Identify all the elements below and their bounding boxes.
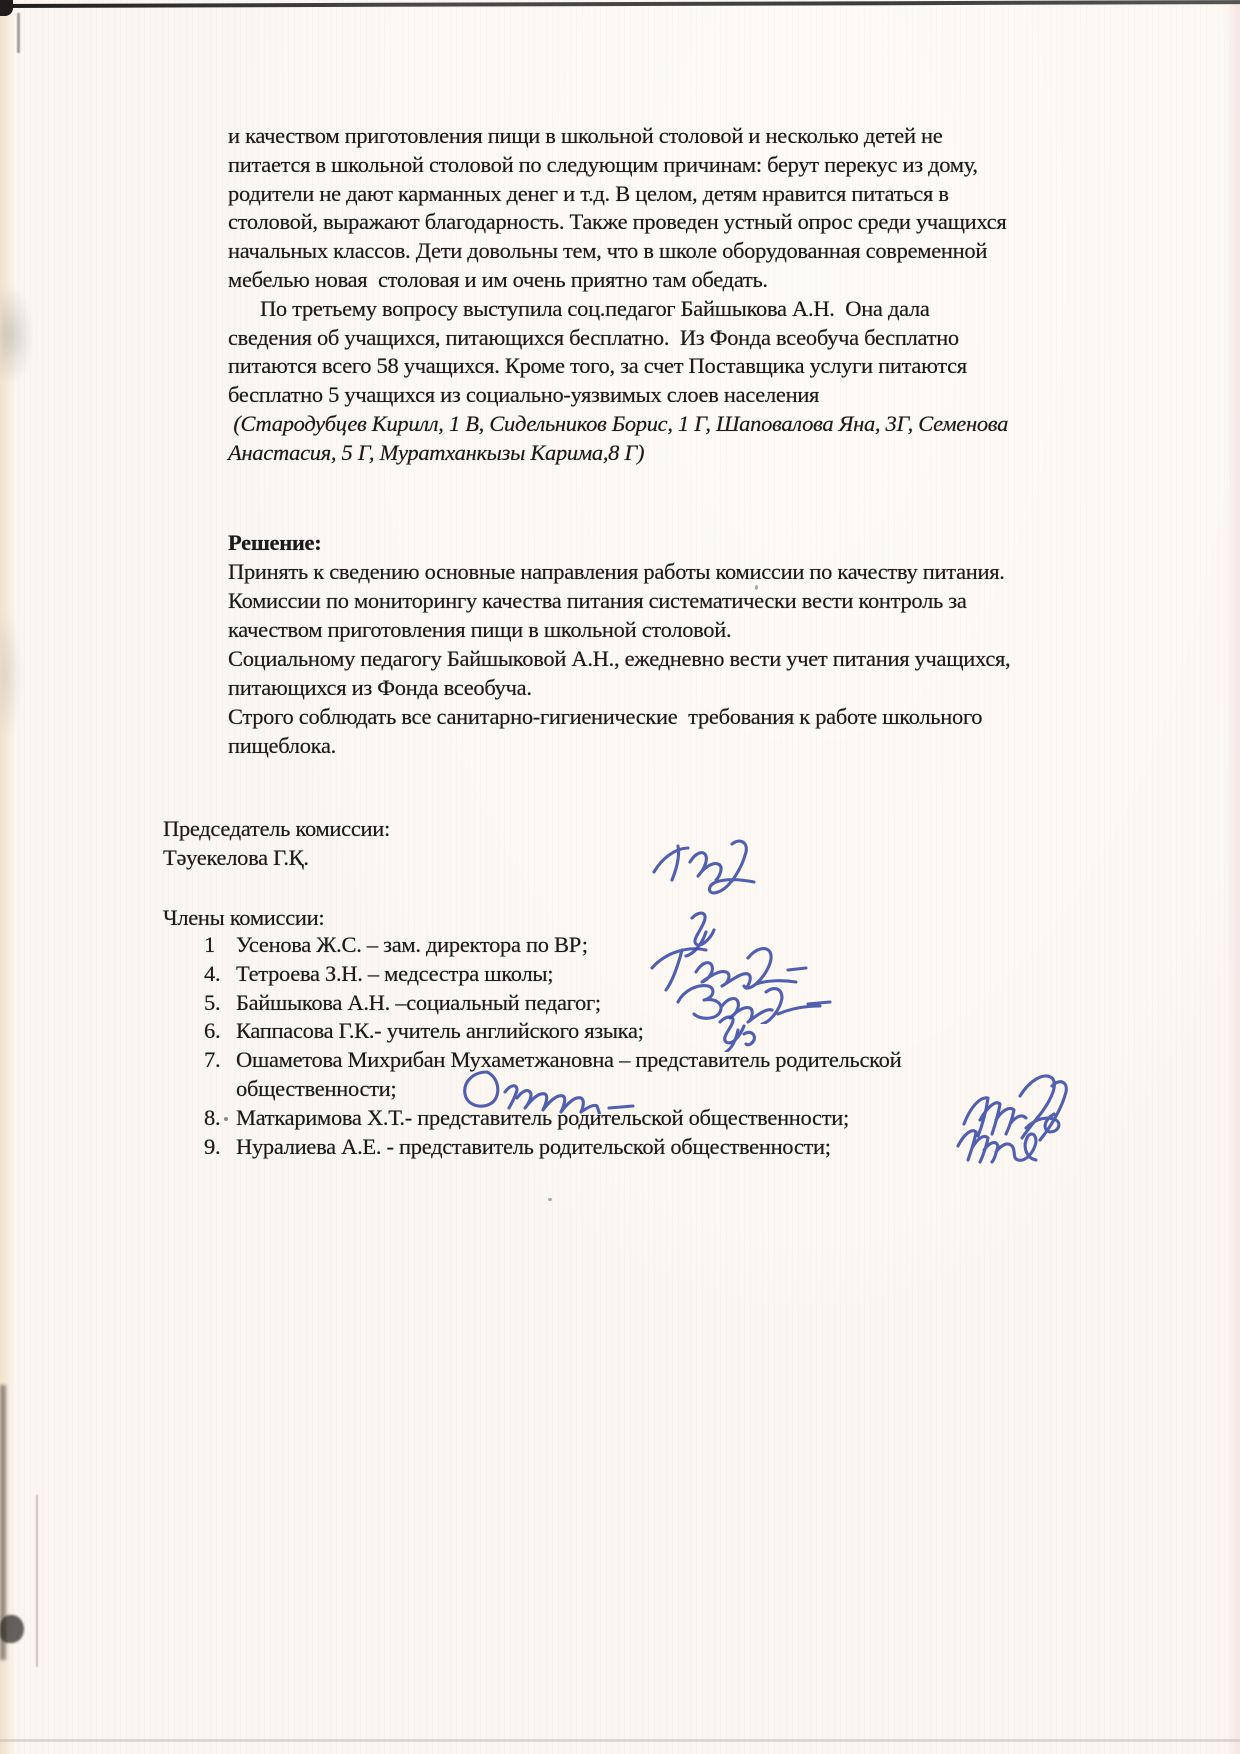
scan-artifact-bottom-shadow [0, 1739, 1240, 1742]
scan-artifact-corner-blob [0, 0, 13, 16]
body-line: мебелью новая столовая и им очень приятн… [228, 266, 1008, 295]
scan-artifact-smudge [0, 285, 34, 385]
member-number: 5. [204, 989, 236, 1018]
chairman-signature-ink [648, 836, 768, 898]
scan-artifact-left-streak [0, 1385, 6, 1660]
member-number: 9. [204, 1133, 236, 1162]
scan-artifact-smudge [0, 610, 24, 740]
body-line: начальных классов. Дети довольны тем, чт… [228, 237, 1008, 266]
scan-artifact-speck [548, 1198, 552, 1201]
member-number: 1 [204, 931, 236, 960]
member-9-signature-ink [948, 1118, 1063, 1168]
decision-line: питающихся из Фонда всеобуча. [228, 673, 1010, 702]
decision-line: качеством приготовления пищи в школьной … [228, 615, 1010, 644]
member-text: Байшыкова А.Н. –социальный педагог; [236, 990, 601, 1015]
body-line: родители не дают карманных денег и т.д. … [228, 180, 1008, 209]
decision-line: Социальному педагогу Байшыковой А.Н., еж… [228, 644, 1010, 673]
body-line: бесплатно 5 учащихся из социально-уязвим… [228, 381, 1008, 410]
decision-line: пищеблока. [228, 731, 1010, 760]
body-line: сведения об учащихся, питающихся бесплат… [228, 324, 1008, 353]
member-number: 7. [204, 1046, 236, 1075]
member-6-signature-ink [706, 1010, 764, 1052]
member-text: Тетроева З.Н. – медсестра школы; [236, 961, 553, 986]
body-paragraphs: и качеством приготовления пищи в школьно… [228, 122, 1008, 468]
body-line: питаются всего 58 учащихся. Кроме того, … [228, 352, 1008, 381]
member-number: 4. [204, 960, 236, 989]
member-text: Усенова Ж.С. – зам. директора по ВР; [236, 932, 588, 957]
body-line: питается в школьной столовой по следующи… [228, 151, 1008, 180]
decision-line: Строго соблюдать все санитарно-гигиениче… [228, 702, 1010, 731]
decision-heading: Решение: [228, 528, 1010, 557]
members-label: Члены комиссии: [163, 905, 324, 931]
scan-artifact-top-edge-line [0, 0, 1240, 8]
member-text: Нуралиева А.Е. - представитель родительс… [236, 1134, 831, 1159]
body-line-question3: По третьему вопросу выступила соц.педаго… [228, 295, 1008, 324]
member-7-signature-ink [432, 1064, 672, 1114]
scan-artifact-thin-line [36, 1495, 38, 1667]
scan-artifact-left-blob [0, 1615, 24, 1643]
chairman-label: Председатель комиссии: [163, 816, 390, 842]
students-list-line: Анастасия, 5 Г, Муратханкызы Карима,8 Г) [228, 439, 1008, 468]
scan-artifact-right-edge-band [1226, 0, 1240, 1754]
scan-artifact-left-edge-band [0, 0, 15, 1754]
member-row: 9.Нуралиева А.Е. - представитель родител… [204, 1133, 901, 1162]
students-list-line: (Стародубцев Кирилл, 1 В, Сидельников Бо… [228, 410, 1008, 439]
member-text: Каппасова Г.К.- учитель английского язык… [236, 1018, 644, 1043]
scan-artifact-corner-tick [17, 13, 20, 53]
member-number: 8. [204, 1104, 236, 1133]
decision-line: Комиссии по мониторингу качества питания… [228, 586, 1010, 615]
decision-section: Решение: Принять к сведению основные нап… [228, 528, 1010, 760]
decision-line: Принять к сведению основные направления … [228, 557, 1010, 586]
member-text: общественности; [236, 1076, 396, 1101]
body-line: столовой, выражают благодарность. Также … [228, 208, 1008, 237]
scanned-document-page: и качеством приготовления пищи в школьно… [0, 0, 1240, 1754]
body-line: и качеством приготовления пищи в школьно… [228, 122, 1008, 151]
member-number: 6. [204, 1017, 236, 1046]
chairman-name: Тәуекелова Г.Қ. [163, 845, 309, 871]
